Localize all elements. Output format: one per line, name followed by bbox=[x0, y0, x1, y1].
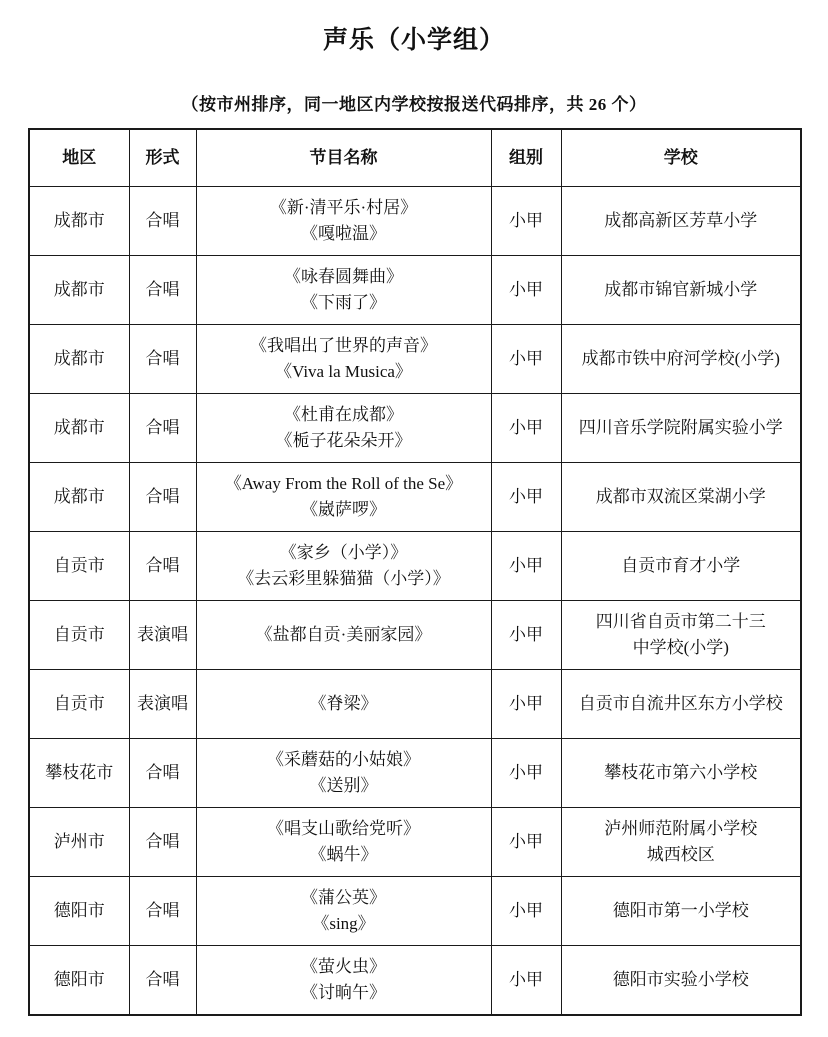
cell-form: 合唱 bbox=[129, 394, 196, 463]
cell-group: 小甲 bbox=[491, 394, 561, 463]
cell-programs: 《蒲公英》 《sing》 bbox=[196, 877, 491, 946]
table-row: 攀枝花市 合唱 《采蘑菇的小姑娘》 《送别》 小甲 攀枝花市第六小学校 bbox=[29, 739, 801, 808]
cell-group: 小甲 bbox=[491, 601, 561, 670]
cell-programs: 《我唱出了世界的声音》 《Viva la Musica》 bbox=[196, 325, 491, 394]
cell-programs: 《Away From the Roll of the Se》 《崴萨啰》 bbox=[196, 463, 491, 532]
cell-group: 小甲 bbox=[491, 670, 561, 739]
cell-school: 成都市铁中府河学校(小学) bbox=[561, 325, 801, 394]
table-row: 成都市 合唱 《咏春圆舞曲》 《下雨了》 小甲 成都市锦官新城小学 bbox=[29, 256, 801, 325]
cell-programs: 《唱支山歌给党听》 《蜗牛》 bbox=[196, 808, 491, 877]
cell-group: 小甲 bbox=[491, 739, 561, 808]
table-row: 自贡市 表演唱 《脊梁》 小甲 自贡市自流井区东方小学校 bbox=[29, 670, 801, 739]
cell-form: 合唱 bbox=[129, 325, 196, 394]
table-row: 成都市 合唱 《我唱出了世界的声音》 《Viva la Musica》 小甲 成… bbox=[29, 325, 801, 394]
cell-school: 四川音乐学院附属实验小学 bbox=[561, 394, 801, 463]
results-table: 地区 形式 节目名称 组别 学校 成都市 合唱 《新·清平乐·村居》 《嘎啦温》… bbox=[28, 128, 802, 1016]
cell-school: 成都市双流区棠湖小学 bbox=[561, 463, 801, 532]
cell-programs: 《新·清平乐·村居》 《嘎啦温》 bbox=[196, 187, 491, 256]
cell-form: 合唱 bbox=[129, 808, 196, 877]
cell-group: 小甲 bbox=[491, 808, 561, 877]
cell-school: 攀枝花市第六小学校 bbox=[561, 739, 801, 808]
table-row: 成都市 合唱 《杜甫在成都》 《栀子花朵朵开》 小甲 四川音乐学院附属实验小学 bbox=[29, 394, 801, 463]
column-header-school: 学校 bbox=[561, 129, 801, 187]
table-row: 成都市 合唱 《新·清平乐·村居》 《嘎啦温》 小甲 成都高新区芳草小学 bbox=[29, 187, 801, 256]
cell-school: 四川省自贡市第二十三 中学校(小学) bbox=[561, 601, 801, 670]
cell-form: 表演唱 bbox=[129, 601, 196, 670]
cell-programs: 《萤火虫》 《讨晌午》 bbox=[196, 946, 491, 1016]
cell-form: 合唱 bbox=[129, 877, 196, 946]
cell-region: 德阳市 bbox=[29, 877, 129, 946]
results-table-body: 成都市 合唱 《新·清平乐·村居》 《嘎啦温》 小甲 成都高新区芳草小学 成都市… bbox=[29, 187, 801, 1016]
cell-group: 小甲 bbox=[491, 877, 561, 946]
cell-form: 合唱 bbox=[129, 739, 196, 808]
cell-programs: 《采蘑菇的小姑娘》 《送别》 bbox=[196, 739, 491, 808]
table-row: 成都市 合唱 《Away From the Roll of the Se》 《崴… bbox=[29, 463, 801, 532]
cell-region: 自贡市 bbox=[29, 601, 129, 670]
cell-form: 合唱 bbox=[129, 187, 196, 256]
cell-form: 合唱 bbox=[129, 532, 196, 601]
cell-form: 表演唱 bbox=[129, 670, 196, 739]
cell-group: 小甲 bbox=[491, 256, 561, 325]
column-header-region: 地区 bbox=[29, 129, 129, 187]
cell-school: 自贡市育才小学 bbox=[561, 532, 801, 601]
cell-region: 成都市 bbox=[29, 325, 129, 394]
cell-programs: 《盐都自贡·美丽家园》 bbox=[196, 601, 491, 670]
cell-form: 合唱 bbox=[129, 463, 196, 532]
cell-group: 小甲 bbox=[491, 187, 561, 256]
cell-programs: 《家乡（小学）》 《去云彩里躲猫猫（小学）》 bbox=[196, 532, 491, 601]
cell-programs: 《咏春圆舞曲》 《下雨了》 bbox=[196, 256, 491, 325]
column-header-form: 形式 bbox=[129, 129, 196, 187]
cell-school: 泸州师范附属小学校 城西校区 bbox=[561, 808, 801, 877]
cell-group: 小甲 bbox=[491, 463, 561, 532]
cell-region: 自贡市 bbox=[29, 670, 129, 739]
cell-programs: 《脊梁》 bbox=[196, 670, 491, 739]
cell-school: 德阳市实验小学校 bbox=[561, 946, 801, 1016]
cell-region: 成都市 bbox=[29, 256, 129, 325]
cell-region: 德阳市 bbox=[29, 946, 129, 1016]
cell-region: 成都市 bbox=[29, 394, 129, 463]
cell-school: 自贡市自流井区东方小学校 bbox=[561, 670, 801, 739]
column-header-programs: 节目名称 bbox=[196, 129, 491, 187]
cell-region: 泸州市 bbox=[29, 808, 129, 877]
cell-school: 成都高新区芳草小学 bbox=[561, 187, 801, 256]
table-row: 自贡市 表演唱 《盐都自贡·美丽家园》 小甲 四川省自贡市第二十三 中学校(小学… bbox=[29, 601, 801, 670]
table-row: 自贡市 合唱 《家乡（小学）》 《去云彩里躲猫猫（小学）》 小甲 自贡市育才小学 bbox=[29, 532, 801, 601]
cell-group: 小甲 bbox=[491, 532, 561, 601]
column-header-group: 组别 bbox=[491, 129, 561, 187]
page-subtitle: （按市州排序，同一地区内学校按报送代码排序，共 26 个） bbox=[0, 90, 828, 115]
document-page: 声乐（小学组） （按市州排序，同一地区内学校按报送代码排序，共 26 个） 地区… bbox=[0, 0, 828, 1037]
table-row: 德阳市 合唱 《萤火虫》 《讨晌午》 小甲 德阳市实验小学校 bbox=[29, 946, 801, 1016]
table-row: 德阳市 合唱 《蒲公英》 《sing》 小甲 德阳市第一小学校 bbox=[29, 877, 801, 946]
cell-region: 成都市 bbox=[29, 463, 129, 532]
cell-form: 合唱 bbox=[129, 256, 196, 325]
cell-group: 小甲 bbox=[491, 946, 561, 1016]
cell-programs: 《杜甫在成都》 《栀子花朵朵开》 bbox=[196, 394, 491, 463]
results-table-head: 地区 形式 节目名称 组别 学校 bbox=[29, 129, 801, 187]
cell-region: 攀枝花市 bbox=[29, 739, 129, 808]
cell-form: 合唱 bbox=[129, 946, 196, 1016]
cell-school: 德阳市第一小学校 bbox=[561, 877, 801, 946]
cell-school: 成都市锦官新城小学 bbox=[561, 256, 801, 325]
cell-region: 自贡市 bbox=[29, 532, 129, 601]
header-row: 地区 形式 节目名称 组别 学校 bbox=[29, 129, 801, 187]
page-title: 声乐（小学组） bbox=[0, 0, 828, 56]
cell-group: 小甲 bbox=[491, 325, 561, 394]
cell-region: 成都市 bbox=[29, 187, 129, 256]
table-row: 泸州市 合唱 《唱支山歌给党听》 《蜗牛》 小甲 泸州师范附属小学校 城西校区 bbox=[29, 808, 801, 877]
